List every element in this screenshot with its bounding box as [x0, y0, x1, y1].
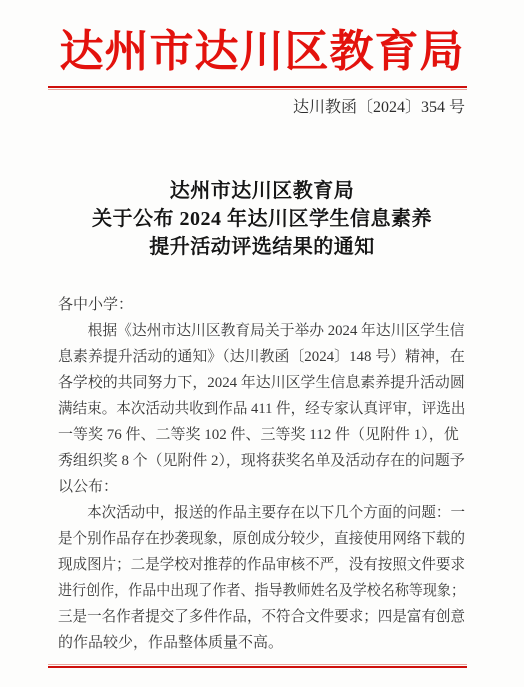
document-number: 达川教函〔2024〕354 号 — [0, 97, 465, 119]
body-line: 进行创作，作品中出现了作者、指导教师姓名及学校名称等现象； — [58, 578, 439, 604]
letterhead-rule-dark-line — [48, 86, 467, 88]
title-line: 达州市达川区教育局 — [0, 177, 524, 205]
body-line: 本次活动中，报送的作品主要存在以下几个方面的问题：一 — [58, 500, 452, 526]
body-line: 三是一名作者提交了多件作品，不符合文件要求；四是富有创意 — [58, 604, 452, 630]
footer-rule-light-line — [48, 664, 467, 665]
letterhead-rule-light-line — [48, 89, 467, 90]
body-line: 是个别作品存在抄袭现象，原创成分较少，直接使用网络下载的 — [58, 526, 452, 552]
body-line: 满结束。本次活动共收到作品 411 件，经专家认真评审，评选出 — [58, 396, 453, 422]
salutation-line: 各中小学： — [58, 292, 465, 318]
footer-rule — [48, 664, 467, 668]
agency-name: 达州市达川区教育局 — [0, 0, 524, 79]
body-line: 秀组织奖 8 个（见附件 2），现将获奖名单及活动存在的问题予 — [58, 448, 463, 474]
letterhead: 达州市达川区教育局 达川教函〔2024〕354 号 — [0, 0, 524, 119]
title-line: 提升活动评选结果的通知 — [0, 233, 524, 261]
body-line: 各学校的共同努力下，2024 年达川区学生信息素养提升活动圆 — [58, 370, 463, 396]
body-line: 一等奖 76 件、二等奖 102 件、三等奖 112 件（见附件 1），优 — [58, 422, 465, 448]
body-line: 的作品较少，作品整体质量不高。 — [58, 630, 465, 656]
body-line: 息素养提升活动的通知》（达川教函〔2024〕148 号）精神，在 — [58, 344, 463, 370]
body-line: 现成图片；二是学校对推荐的作品审核不严，没有按照文件要求 — [58, 552, 452, 578]
body-line: 根据《达州市达川区教育局关于举办 2024 年达川区学生信 — [58, 318, 459, 344]
body-line: 以公布： — [58, 474, 465, 500]
document-title: 达州市达川区教育局 关于公布 2024 年达川区学生信息素养 提升活动评选结果的… — [0, 177, 524, 261]
footer-rule-dark-line — [48, 666, 467, 668]
document-page: 达州市达川区教育局 达川教函〔2024〕354 号 达州市达川区教育局 关于公布… — [0, 0, 524, 687]
letterhead-rule — [48, 86, 467, 90]
title-line: 关于公布 2024 年达川区学生信息素养 — [0, 205, 524, 233]
document-body: 各中小学： 根据《达州市达川区教育局关于举办 2024 年达川区学生信 息素养提… — [58, 292, 465, 656]
